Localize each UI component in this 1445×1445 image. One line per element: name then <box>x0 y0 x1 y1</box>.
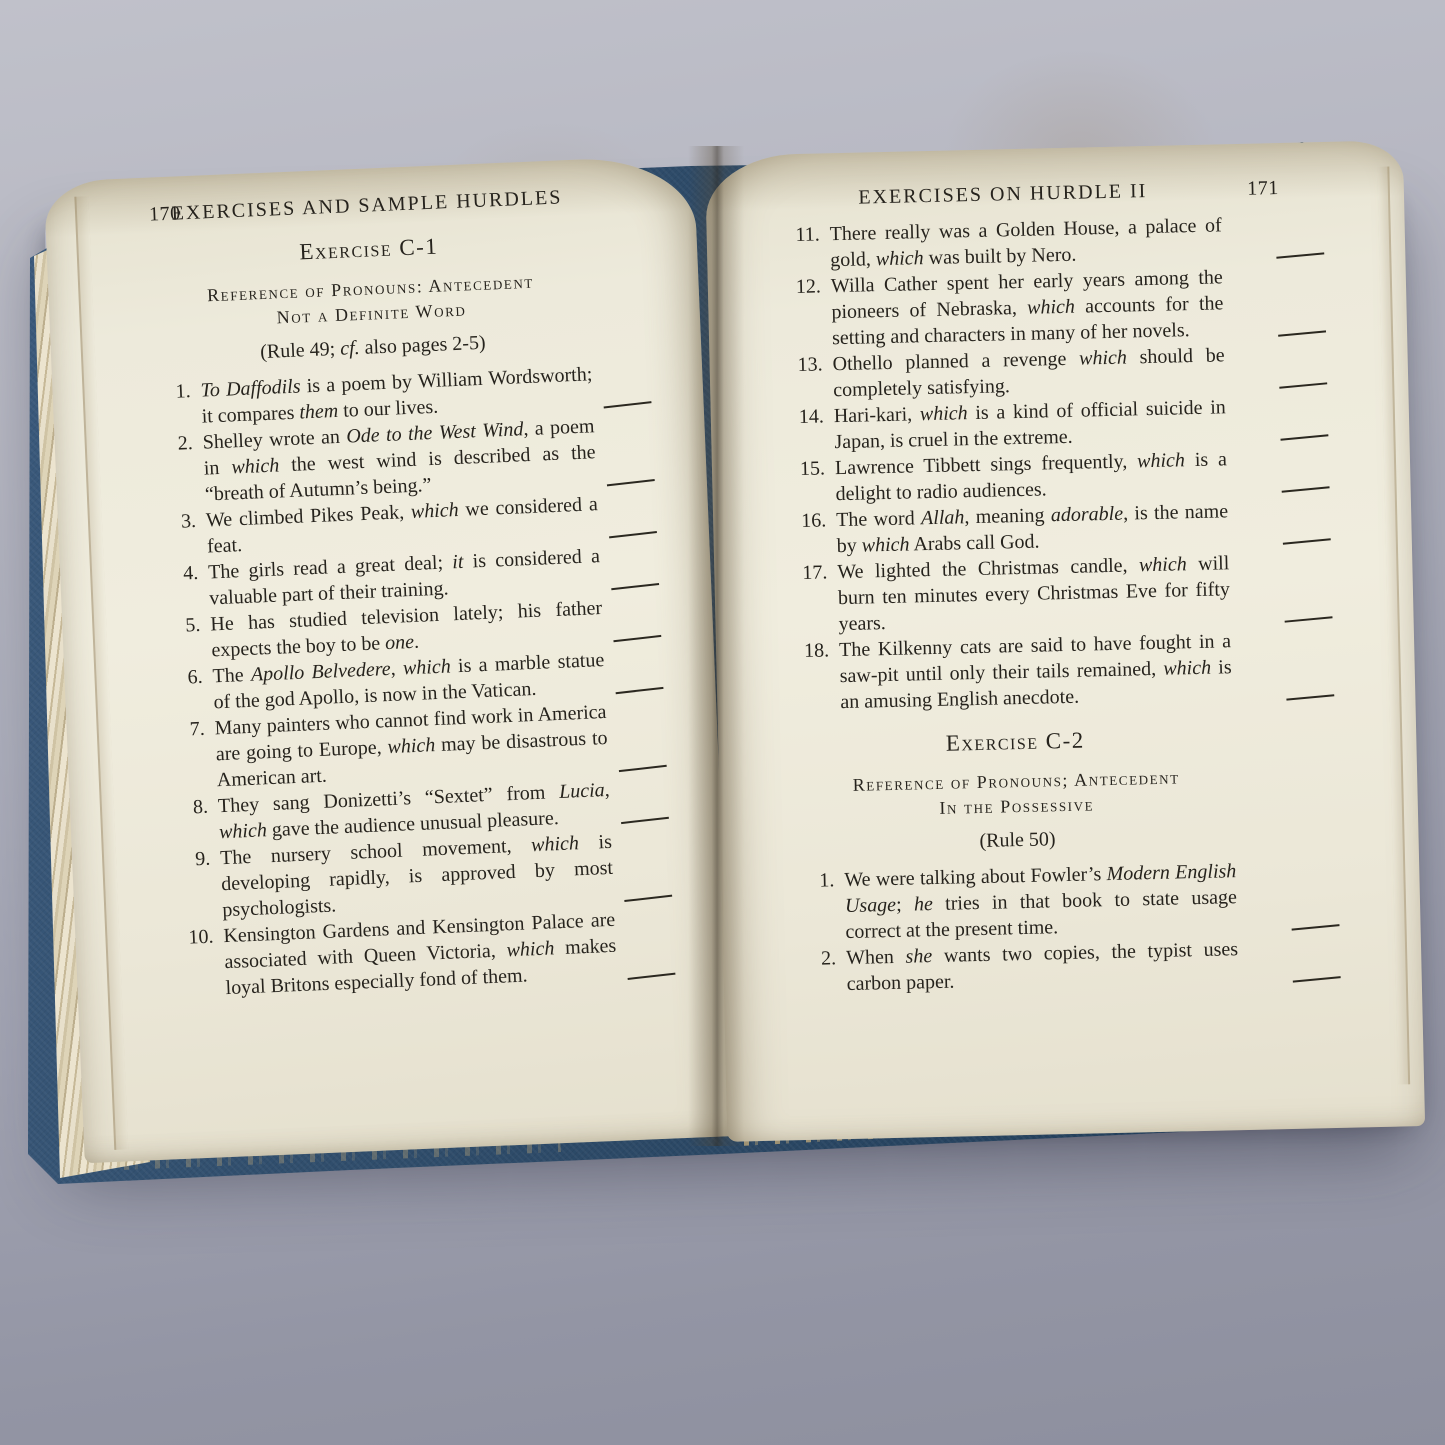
answer-blank <box>609 531 657 538</box>
item-number: 16. <box>792 507 827 560</box>
answer-blank <box>1283 538 1331 544</box>
answer-blank <box>1286 694 1334 700</box>
exercise-item: 2. When she wants two copies, the typist… <box>802 936 1239 998</box>
right-page-header: EXERCISES ON HURDLE II 171 <box>785 176 1221 212</box>
exercise-item: 1. We were talking about Fowler’s Modern… <box>800 858 1238 946</box>
item-text: Willa Cather spent her early years among… <box>831 264 1225 351</box>
answer-blank <box>1276 252 1324 258</box>
item-number: 13. <box>788 351 823 404</box>
page-number-left: 170 <box>149 200 182 227</box>
answer-blank <box>619 765 667 772</box>
item-number: 1. <box>800 867 836 946</box>
exercise-item: 12. Willa Cather spent her early years a… <box>787 264 1225 352</box>
item-text: Hari-kari, which is a kind of official s… <box>834 394 1227 455</box>
answer-blank <box>613 635 661 642</box>
item-text: When she wants two copies, the typist us… <box>846 936 1239 997</box>
exercise-c2-block: Exercise C-2 Reference of Pronouns; Ante… <box>797 722 1239 998</box>
item-number: 9. <box>176 846 213 925</box>
answer-blank <box>628 973 676 980</box>
rule-note-50: (Rule 50) <box>799 822 1235 858</box>
exercise-c1-heading: Exercise C-1 <box>150 225 587 273</box>
exercise-item-list: 11. There really was a Golden House, a p… <box>785 212 1232 716</box>
exercise-c2-heading: Exercise C-2 <box>797 722 1234 762</box>
page-number-right: 171 <box>1247 175 1279 202</box>
answer-blank <box>1279 382 1327 388</box>
item-number: 7. <box>170 716 207 795</box>
exercise-item-list: 1. We were talking about Fowler’s Modern… <box>800 858 1239 998</box>
item-number: 2. <box>158 430 195 509</box>
item-number: 4. <box>164 560 200 613</box>
item-number: 14. <box>790 403 825 456</box>
item-number: 18. <box>795 637 831 716</box>
answer-blank <box>611 583 659 590</box>
item-text: Othello planned a revenge which should b… <box>832 342 1225 403</box>
right-page: EXERCISES ON HURDLE II 171 11. There rea… <box>705 140 1425 1142</box>
item-number: 12. <box>787 273 823 352</box>
item-text: The Kilkenny cats are said to have fough… <box>839 628 1233 715</box>
item-number: 5. <box>166 612 202 665</box>
answer-blank <box>1282 486 1330 492</box>
item-text: We were talking about Fowler’s Modern En… <box>844 858 1238 945</box>
left-page: 170 EXERCISES AND SAMPLE HURDLES Exercis… <box>44 155 735 1163</box>
item-number: 6. <box>168 664 204 717</box>
answer-blank <box>1292 924 1340 930</box>
exercise-item-list: 1. To Daffodils is a poem by William Wor… <box>156 361 618 1003</box>
answer-blank <box>1280 434 1328 440</box>
item-number: 8. <box>174 794 210 847</box>
running-head-right: EXERCISES ON HURDLE II <box>858 180 1147 209</box>
item-text: The word Allah, meaning adorable, is the… <box>836 498 1229 559</box>
item-text: There really was a Golden House, a palac… <box>829 212 1222 273</box>
item-number: 17. <box>793 559 829 638</box>
left-page-content: 170 EXERCISES AND SAMPLE HURDLES Exercis… <box>44 155 728 1007</box>
item-number: 10. <box>179 924 216 1003</box>
answer-blank <box>621 817 669 824</box>
item-text: Kensington Gardens and Kensington Palace… <box>223 907 618 1001</box>
right-page-content: EXERCISES ON HURDLE II 171 11. There rea… <box>705 140 1422 1000</box>
running-head-left: EXERCISES AND SAMPLE HURDLES <box>171 186 563 224</box>
answer-blank <box>1293 976 1341 982</box>
item-number: 1. <box>156 378 192 431</box>
answer-blank <box>604 401 652 408</box>
exercise-item: 17. We lighted the Christmas candle, whi… <box>793 550 1231 638</box>
item-number: 3. <box>162 508 198 561</box>
photo-open-book: 170 EXERCISES AND SAMPLE HURDLES Exercis… <box>0 0 1445 1445</box>
exercise-item: 18. The Kilkenny cats are said to have f… <box>795 628 1233 716</box>
left-page-header: 170 EXERCISES AND SAMPLE HURDLES <box>149 183 586 227</box>
item-number: 2. <box>802 945 837 998</box>
answer-blank <box>1278 330 1326 336</box>
item-text: We lighted the Christmas candle, which w… <box>837 550 1231 637</box>
answer-blank <box>616 687 664 694</box>
item-text: Lawrence Tibbett sings frequently, which… <box>835 446 1228 507</box>
item-number: 11. <box>785 221 820 274</box>
answer-blank <box>607 479 655 486</box>
answer-blank <box>624 895 672 902</box>
answer-blank <box>1285 616 1333 622</box>
item-number: 15. <box>791 455 826 508</box>
